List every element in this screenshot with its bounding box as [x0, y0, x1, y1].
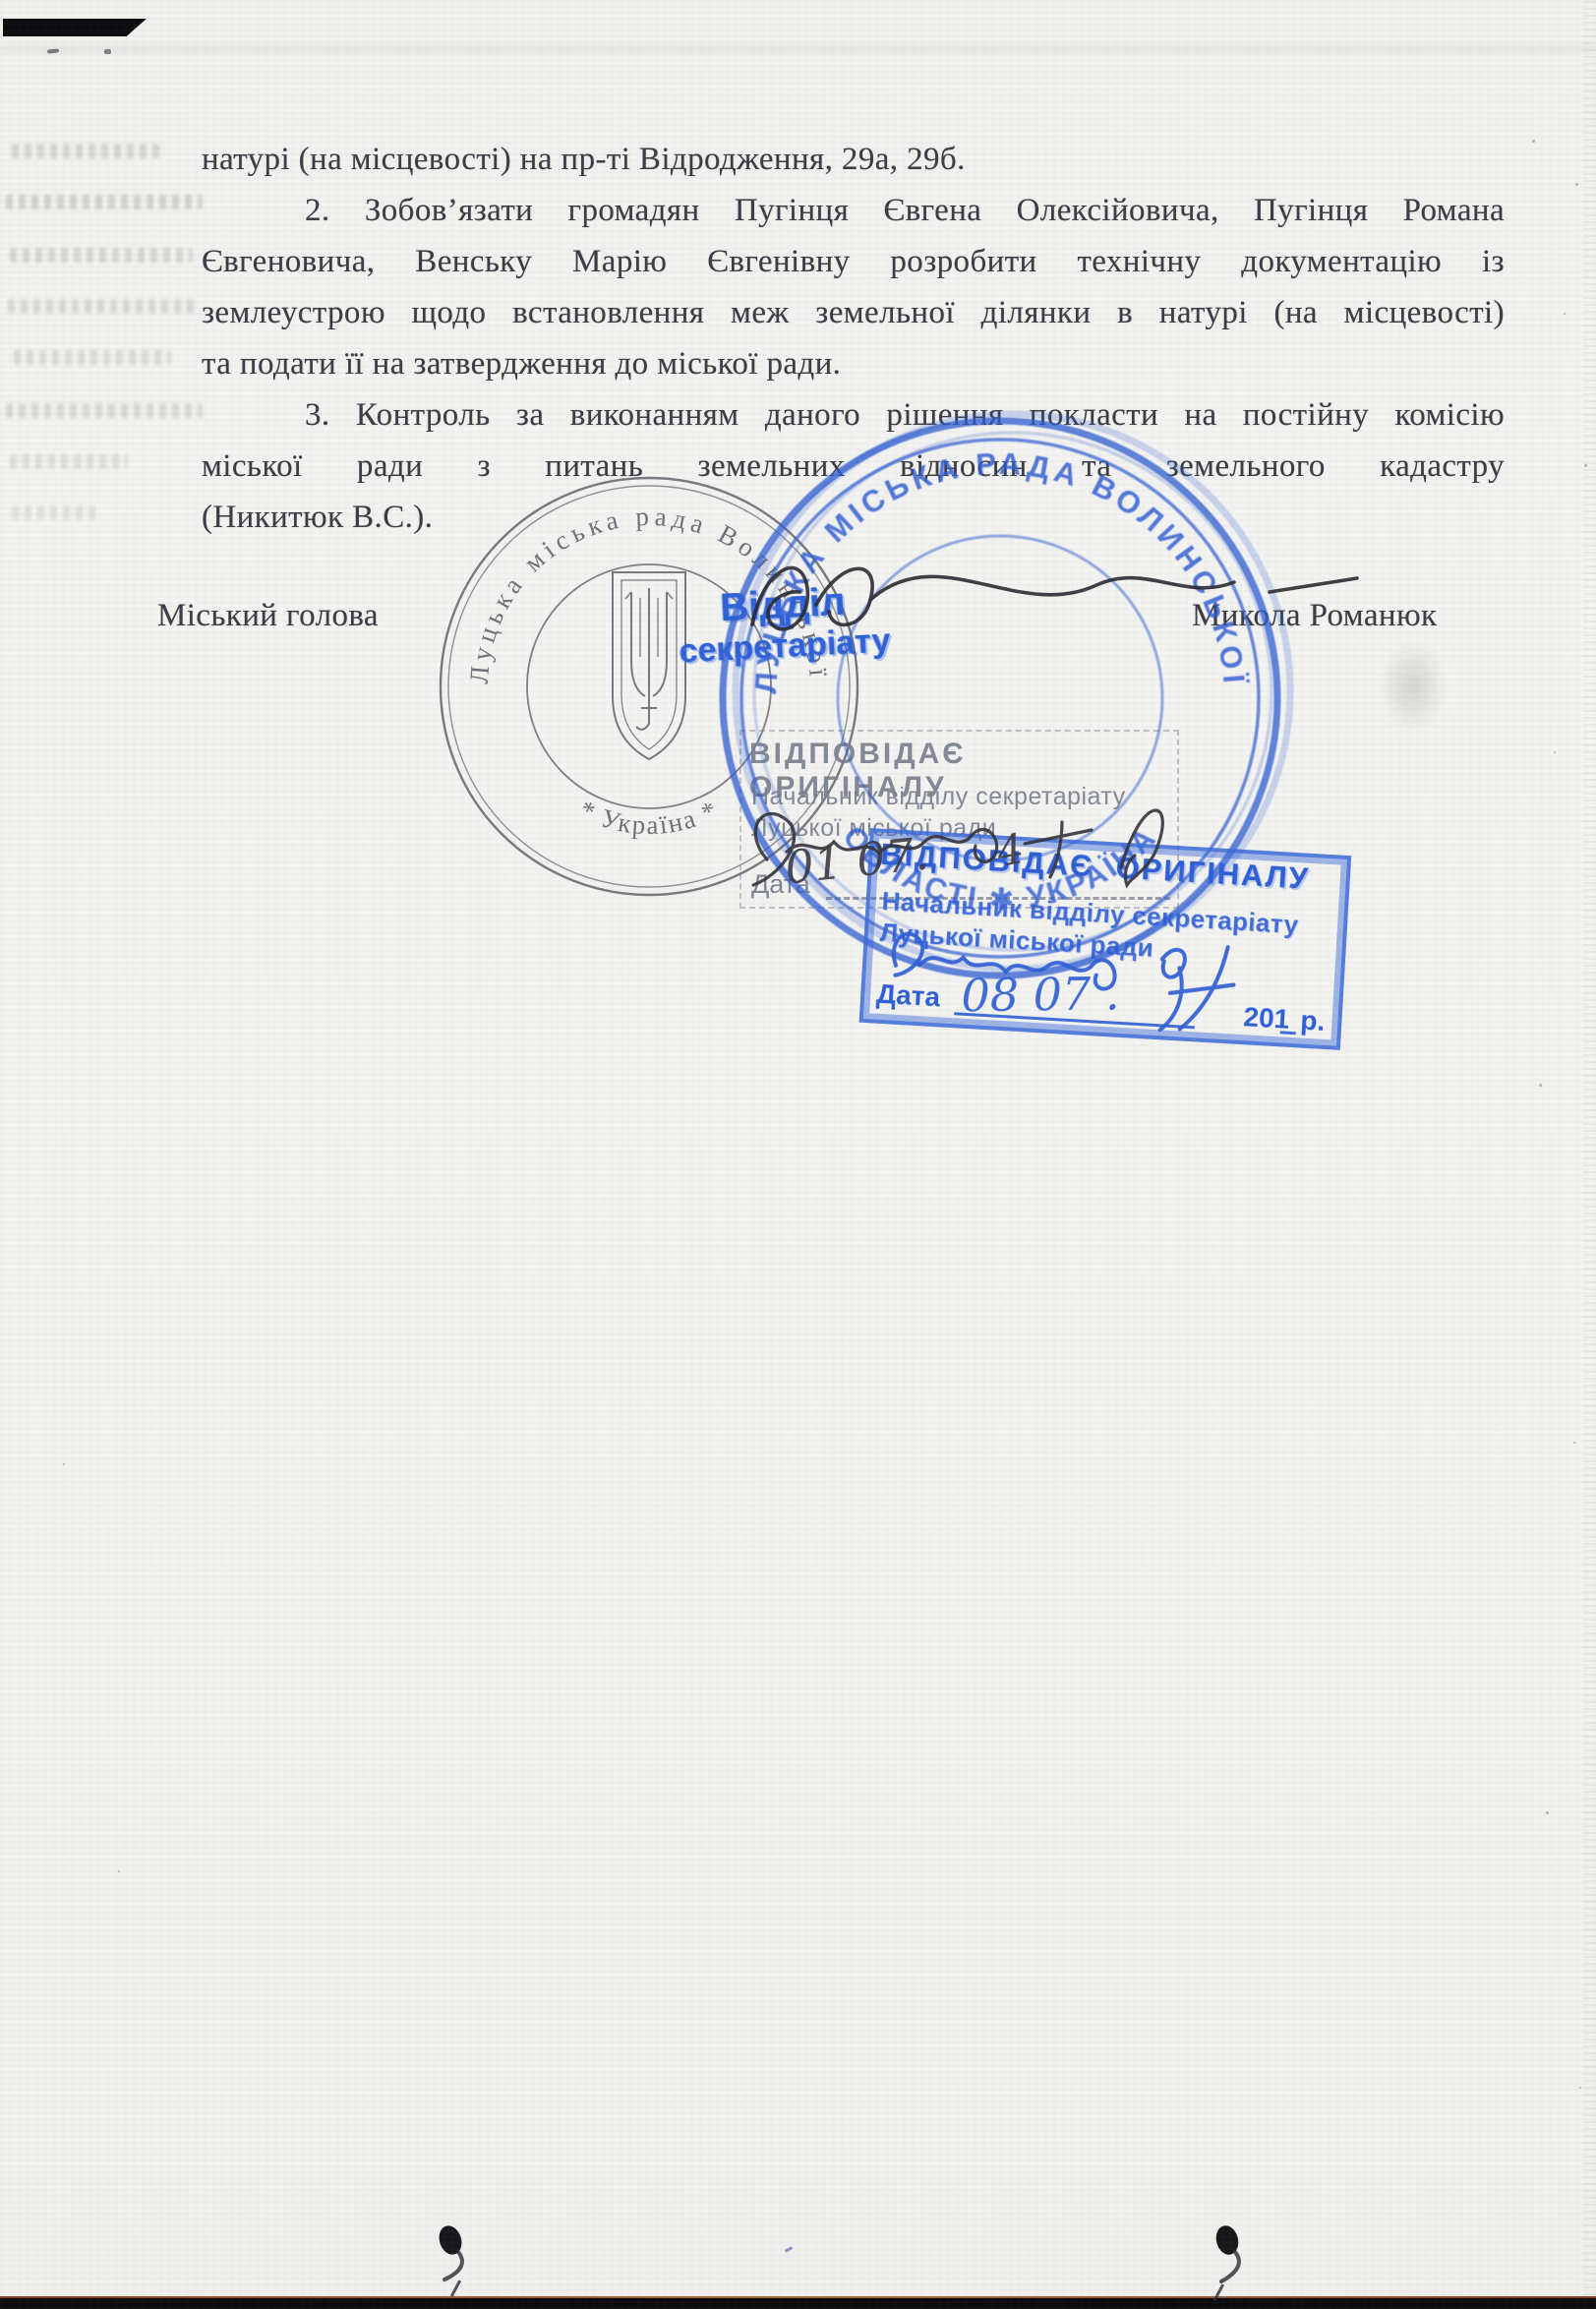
- scan-artifact-top-bar: [3, 19, 147, 36]
- staple-mark-left: [431, 2224, 500, 2293]
- ghost-text-artifact: [12, 505, 100, 520]
- scan-speck: [1575, 183, 1578, 186]
- signatory-title: Міський голова: [157, 594, 379, 637]
- scan-speck: [1546, 1811, 1549, 1814]
- scan-edge-noise: [1583, 0, 1596, 2309]
- document-line: 2. Зобов’язати громадян Пугінця Євгена О…: [305, 189, 1505, 232]
- ghost-text-artifact: [14, 350, 171, 365]
- scan-speck: [785, 2246, 793, 2253]
- handwritten-date-blue: 08 07 .: [961, 967, 1120, 1022]
- document-line: та подати її на затвердження до міської …: [202, 342, 1505, 385]
- scan-speck: [118, 1870, 120, 1872]
- scan-speck: [63, 1463, 65, 1465]
- scan-speck: [1564, 313, 1566, 315]
- document-line: Євгеновича, Венську Марію Євгенівну розр…: [202, 240, 1505, 283]
- ghost-text-artifact: [8, 299, 197, 314]
- scan-bottom-bar: [0, 2298, 1596, 2309]
- scan-speck: [1554, 751, 1556, 753]
- scan-speck: [1532, 140, 1535, 143]
- staple-mark-right: [1206, 2224, 1274, 2293]
- ghost-text-artifact: [12, 144, 159, 158]
- ghost-text-artifact: [10, 454, 128, 469]
- ghost-text-artifact: [6, 195, 203, 209]
- ghost-text-artifact: [10, 248, 193, 263]
- scan-speck: [1539, 1084, 1542, 1087]
- mayor-signature: [723, 531, 1372, 679]
- document-line: натурі (на місцевості) на пр-ті Відродже…: [202, 138, 1505, 181]
- document-line: землеустрою щодо встановлення меж земель…: [202, 291, 1505, 334]
- scan-band: [0, 45, 1596, 53]
- scan-speck: [1573, 1442, 1575, 1444]
- scan-smudge: [1379, 637, 1448, 736]
- ghost-text-artifact: [6, 403, 203, 418]
- scanned-document-page: натурі (на місцевості) на пр-ті Відродже…: [0, 0, 1596, 2309]
- scan-speck: [1579, 2087, 1581, 2089]
